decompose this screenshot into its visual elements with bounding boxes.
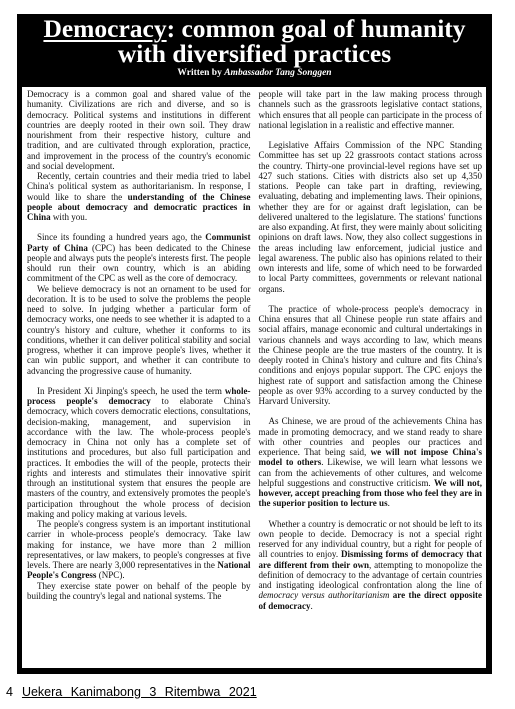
paragraph: Recently, certain countries and their me… [27,171,251,222]
article-header: Democracy: common goal of humanity with … [17,14,492,87]
article-body-frame: Democracy is a common goal and shared va… [17,87,492,674]
paragraph: Democracy is a common goal and shared va… [27,89,251,171]
left-column: Democracy is a common goal and shared va… [27,89,257,668]
byline: Written by Ambassador Tang Songgen [23,68,486,78]
byline-author: Ambassador Tang Songgen [224,68,331,78]
paragraph: In President Xi Jinping's speech, he use… [27,386,251,519]
page-footer: 4Uekera Kanimabong 3 Ritembwa 2021 [6,685,257,699]
byline-prefix: Written by [177,68,224,78]
right-column: people will take part in the law making … [257,89,483,668]
paragraph: We believe democracy is not an ornament … [27,284,251,376]
paragraph: Whether a country is democratic or not s… [259,519,483,611]
paragraph: The practice of whole-process people's d… [259,304,483,407]
page-number: 4 [6,685,13,699]
publication-name: Uekera Kanimabong 3 Ritembwa 2021 [22,685,257,699]
paragraph: The people's congress system is an impor… [27,519,251,581]
paragraph: Since its founding a hundred years ago, … [27,232,251,283]
paragraph: As Chinese, we are proud of the achievem… [259,416,483,508]
article-title: Democracy: common goal of humanity with … [23,16,486,66]
paragraph: Legislative Affairs Commission of the NP… [259,140,483,294]
paragraph: people will take part in the law making … [259,89,483,130]
paragraph: They exercise state power on behalf of t… [27,581,251,602]
article: Democracy: common goal of humanity with … [17,14,492,674]
title-line2: with diversified practices [118,39,391,68]
